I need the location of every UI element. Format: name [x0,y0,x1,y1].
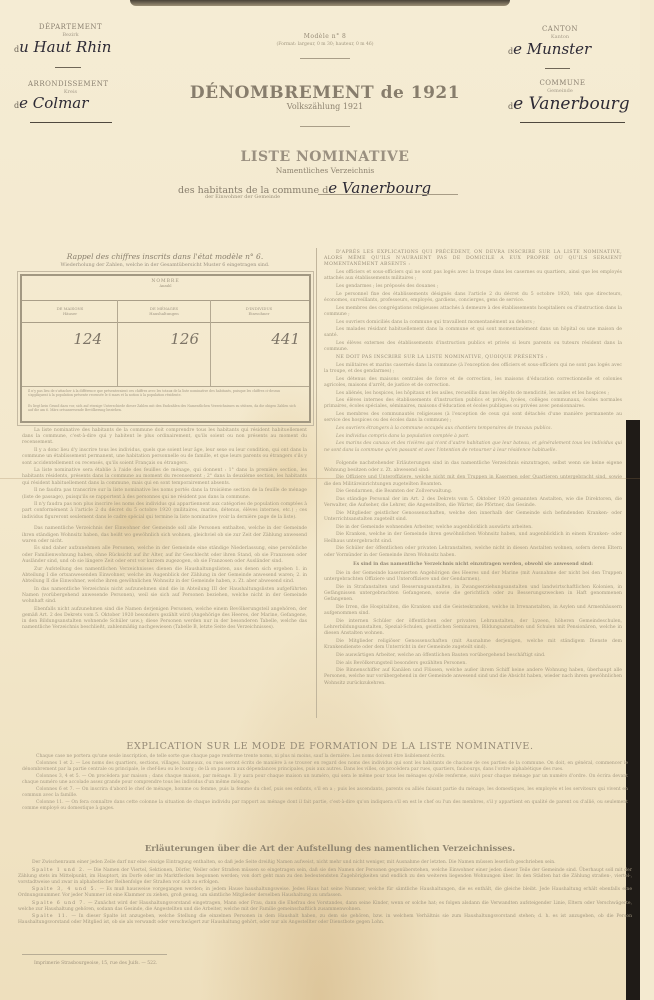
table-rule [22,300,309,301]
arrondissement-field: de Colmar [14,94,88,112]
paragraph: Colonnes 3, 4 et 5. — On procèdera par m… [22,774,628,786]
column-header-menages: DE MÉNAGESHaushaltungen [119,306,209,316]
list-item: Les marins des canaux et des rivières qu… [324,441,622,453]
rappel-subtitle: Wiederholung der Zahlen, welche in der G… [20,263,310,268]
list-item: Les malades résidant habituellement dans… [324,327,622,339]
section-heading: NE DOIT PAS INSCRIRE SUR LA LISTE NOMINA… [324,355,622,361]
paragraph-de: Spalte 11. — In dieser Spalte ist anzuge… [18,914,632,926]
rappel-heading: Rappel des chiffres inscrits dans l'état… [20,252,310,268]
paragraph: Colonnes 1 et 2. — Les noms des quartier… [22,761,628,773]
underline [318,194,458,195]
format-note: (Format: largeur, 0 m 30; hauteur, 0 m 4… [150,42,500,47]
list-item-de: Die Kranken, welche in der Gemeinde ihre… [324,532,622,544]
rappel-title: Rappel des chiffres inscrits dans l'état… [20,252,310,261]
list-item-de: Die in der Gemeinde kasernierten Angehör… [324,571,622,583]
canton-field: de Munster [508,40,591,58]
divider [300,58,350,59]
paragraph: La liste nominative des habitants de la … [22,428,307,447]
table-rule [22,386,309,387]
right-instructions: D'après les explications qui précèdent, … [324,250,622,688]
list-item: Le personnel fixe des établissements dés… [324,292,622,304]
paragraph-de: Ebenfalls nicht aufzunehmen sind die Nam… [22,607,307,632]
list-item: Les ouvriers étrangers à la commune occu… [324,426,622,432]
list-subtitle: Namentliches Verzeichnis [150,166,500,175]
paragraph-de: Spalte 3, 4 und 5. — Es muß hausweise vo… [18,887,632,899]
paragraph-de: Der Zwischenraum einer jeden Zeile darf … [18,860,632,866]
canton-value: e Munster [513,40,591,58]
arrondissement-value: e Colmar [19,94,88,112]
list-item-de: Die Mitglieder religiöser Genossenschaft… [324,639,622,651]
list-item-de: Die internen Schüler der öffentlichen od… [324,619,622,638]
census-form-page: DÉPARTEMENT Bezirk du Haut Rhin ARRONDIS… [0,0,640,1000]
list-item-de: Die als Bevölkerungsteil besonders gezäh… [324,661,622,667]
paragraph: Il y a donc lieu d'y inscrire tous les i… [22,448,307,467]
explication-body: Chaque case ne portera qu'une seule insc… [22,754,628,813]
paragraph: La liste nominative sera établie à l'aid… [22,468,307,487]
list-item: Les individus compris dans la population… [324,434,622,440]
list-item: Les détenus des maisons centrales de for… [324,377,622,389]
list-item: Les militaires et marins casernés dans l… [324,363,622,375]
departement-label: DÉPARTEMENT [33,23,108,31]
page-subtitle: Volkszählung 1921 [150,102,500,111]
list-item: Les ouvriers domiciliés dans la commune … [324,320,622,326]
divider [22,954,167,955]
rappel-table: NOMBREAnzahl DE MAISONSHäuser DE MÉNAGES… [20,274,311,423]
intro: D'après les explications qui précèdent, … [324,250,622,269]
paragraph: Chaque case ne portera qu'une seule insc… [22,754,628,760]
section-heading-de: Es sind in das namentliche Verzeichnis n… [324,562,622,568]
modele-number: Modèle n° 8 [150,33,500,40]
column-divider [316,248,317,718]
list-item: Les aliénés, les hospices, les hôpitaux … [324,391,622,397]
erlaeuterungen-title: Erläuterungen über die Art der Aufstellu… [100,844,560,854]
list-item-de: Die Offiziere und Unteroffiziere, welche… [324,475,622,487]
list-item-de: Die in Strafanstalten und Besserungsanst… [324,585,622,604]
paragraph-de: Spalte 6 und 7. — Zunächst wird der Haus… [18,901,632,913]
paragraph-de: In das namentliche Verzeichnis nicht auf… [22,587,307,606]
departement-field: du Haut Rhin [14,38,111,56]
paragraph: Il n'y faudra pas non plus inscrire les … [22,502,307,521]
underline [30,122,112,123]
paragraph: Colonne 11. — On fera connaître dans cet… [22,800,628,812]
list-item: Les gendarmes ; les préposés des douanes… [324,284,622,290]
list-item: Les membres des communautés religieuses … [324,412,622,424]
paragraph-de: Spalte 1 und 2. — Die Namen der Viertel,… [18,868,632,886]
list-item-de: Die in der Gemeinde wohnenden Arbeiter, … [324,525,622,531]
imprint: Imprimerie Strasbourgeoise, 15, rue des … [34,961,157,966]
commune-label: COMMUNE [530,79,595,87]
list-title: LISTE NOMINATIVE [150,149,500,165]
habitants-subline: der Einwohner der Gemeinde [205,194,280,200]
canton-label: CANTON [530,25,590,33]
list-item: Les officiers et sous-officiers qui ne s… [324,270,622,282]
intro-de: Folgende nachstehender Erläuterungen sin… [324,461,622,473]
value-menages: 126 [117,330,199,348]
page-title: DÉNOMBREMENT de 1921 [150,83,500,103]
nombre-header: NOMBREAnzahl [22,279,309,288]
list-item-de: Die Gendarmen, die Beamten der Zollverwa… [324,489,622,495]
list-item: Les membres des congrégations religieuse… [324,306,622,318]
column-header-individus: D'INDIVIDUSEinwohner [214,306,304,316]
list-item-de: Die Binnenschiffer auf Kanälen und Flüss… [324,668,622,687]
value-maisons: 124 [22,330,102,348]
left-instructions: La liste nominative des habitants de la … [22,428,307,633]
paragraph-de: Zur Aufstellung des namentlichen Verzeic… [22,567,307,586]
list-item-de: Die Irren, die Hospitaliten, die Kranken… [324,605,622,617]
scan-shadow [130,0,510,6]
paragraph-de: Es sind daher aufzunehmen alle Personen,… [22,546,307,565]
rappel-note-de: Es liegt kein Grund dazu vor, sich auf e… [28,404,300,412]
commune-value: e Vanerbourg [513,94,630,114]
divider [545,68,570,69]
list-item: Les élèves internes des établissements d… [324,398,622,410]
table-rule [22,322,309,323]
list-item-de: Die auswärtigen Arbeiter, welche an öffe… [324,653,622,659]
list-item-de: Das ständige Personal der im Art. 2 des … [324,497,622,509]
list-item: Les élèves externes des établissements d… [324,341,622,353]
underline [520,122,625,123]
paragraph: Il ne faudra pas transcrire sur la liste… [22,488,307,500]
erlaeuterungen-body: Der Zwischenraum einer jeden Zeile darf … [18,860,632,928]
value-individus: 441 [210,330,300,348]
list-item-de: Die Mitglieder geistlicher Genossenschaf… [324,511,622,523]
column-header-maisons: DE MAISONSHäuser [25,306,115,316]
departement-value: u Haut Rhin [19,38,111,56]
paragraph: Colonnes 6 et 7. — On inscrira d'abord l… [22,787,628,799]
paragraph-de: Das namentliche Verzeichnis der Einwohne… [22,526,307,545]
divider [55,67,81,68]
rappel-note-fr: Il n'y pas lieu de s'attacher à la diffé… [28,389,300,397]
list-item-de: Die Schüler der öffentlichen oder privat… [324,546,622,558]
explication-title: EXPLICATION SUR LE MODE DE FORMATION DE … [80,741,580,752]
arrondissement-label: ARRONDISSEMENT [28,80,108,88]
commune-field: de Vanerbourg [508,94,630,114]
divider [300,126,350,127]
